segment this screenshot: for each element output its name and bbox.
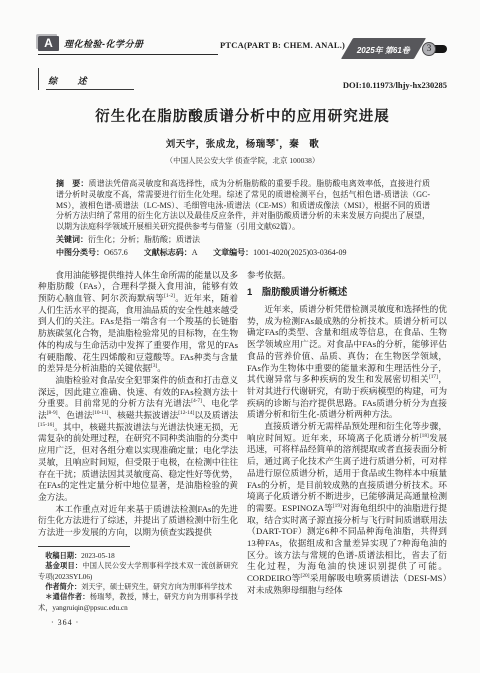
subheader-row: 综 述 DOI:10.11973/lhjy-hx230285: [38, 68, 447, 90]
journal-name-en: PTCA(PART B: CHEM. ANAL.): [220, 36, 345, 50]
body-paragraph: 食用油能够提供维持人体生命所需的能量以及多种脂肪酸（FAs），合理科学摄入食用油…: [38, 270, 238, 375]
abstract-text: 质谱法凭借高灵敏度和高选择性，成为分析脂肪酸的重要手段。脂肪酸电离效率低，直接进…: [56, 179, 430, 231]
body-paragraph: 直接质谱分析无需样品预处理和衍生化等步骤，响应时间短。近年来，环境离子化质谱分析…: [247, 421, 447, 597]
article-title: 衍生化在脂肪酸质谱分析中的应用研究进展: [38, 105, 447, 126]
footnote-divider: [38, 546, 130, 547]
footnote-label: ＊通信作者：: [45, 592, 90, 601]
footnote-text: 2023-05-18: [81, 552, 115, 560]
body-columns: 食用油能够提供维持人体生命所需的能量以及多种脂肪酸（FAs），合理科学摄入食用油…: [38, 270, 447, 614]
issue-volume-text: 2025年 第61卷: [357, 45, 410, 56]
journal-logo-letter: A: [44, 36, 53, 50]
body-paragraph: 油脂检验对食品安全犯罪案件的侦查和打击意义深远，因此建立准确、快速、有效的FAs…: [38, 375, 238, 504]
article-id-value: 1001-4020(2025)03-0364-09: [253, 248, 346, 257]
journal-logo: A: [38, 36, 59, 51]
clc-label: 中图分类号：: [56, 248, 104, 257]
doi-text: DOI:10.11973/lhjy-hx230285: [343, 80, 447, 90]
section-heading-1: 1 脂肪酸质谱分析概述: [247, 287, 447, 299]
footnote-block: 收稿日期：2023-05-18 基金项目：中国人民公安大学刑事科学技术双一流创新…: [38, 546, 238, 613]
footnote-funding: 基金项目：中国人民公安大学刑事科学技术双一流创新研究专项(2023SYL06): [38, 561, 238, 582]
issue-volume-band: 2025年 第61卷: [341, 38, 426, 59]
footnote-author-bio: 作者简介：刘天宇，硕士研究生，研究方向为刑事科学技术: [38, 582, 238, 592]
footnote-label: 作者简介：: [45, 582, 81, 591]
doc-code-label: 文献标志码：: [144, 248, 192, 257]
keywords-label: 关键词：: [56, 235, 88, 244]
clc-value: O657.6: [104, 248, 128, 257]
right-column: 参考依据。 1 脂肪酸质谱分析概述 近年来，质谱分析凭借检测灵敏度和选择性的优势…: [247, 270, 447, 614]
journal-name-cn: 理化检验-化学分册: [64, 37, 144, 50]
article-meta-line: 中图分类号：O657.6 文献标志码：A 文章编号：1001-4020(2025…: [56, 248, 430, 259]
column-label-wrap: 综 述: [38, 68, 134, 90]
doc-code-value: A: [192, 248, 197, 257]
keywords-text: 衍生化；分析；脂肪酸；质谱法: [88, 235, 200, 244]
footnote-label: 收稿日期：: [45, 551, 81, 560]
abstract-paragraph: 摘 要：质谱法凭借高灵敏度和高选择性，成为分析脂肪酸的重要手段。脂肪酸电离效率低…: [56, 179, 430, 233]
page-number: · 364 ·: [38, 618, 447, 627]
footnote-text: 刘天宇，硕士研究生，研究方向为刑事科学技术: [81, 583, 232, 591]
body-paragraph-continuation: 参考依据。: [247, 270, 447, 282]
abstract-block: 摘 要：质谱法凭借高灵敏度和高选择性，成为分析脂肪酸的重要手段。脂肪酸电离效率低…: [56, 179, 430, 259]
journal-brand: A 理化检验-化学分册: [38, 36, 218, 55]
issue-badge: 2025年 第61卷 3: [347, 38, 447, 59]
author-affiliation: （中国人民公安大学 侦查学院，北京 100038）: [38, 155, 447, 166]
author-list: 刘天宇，张成龙，杨瑞琴*，秦 歌: [38, 136, 447, 150]
footnote-corresponding-author: ＊通信作者：杨瑞琴，教授，博士，研究方向为刑事科学技术，yangruiqin@p…: [38, 592, 238, 613]
body-paragraph: 近年来，质谱分析凭借检测灵敏度和选择性的优势，成为检测FAs最成熟的分析技术。质…: [247, 304, 447, 421]
issue-number-circle: 3: [422, 42, 436, 56]
body-paragraph: 本工作重点对近年来基于质谱法检测FAs的先进衍生化方法进行了综述，并提出了质谱检…: [38, 504, 238, 539]
journal-header: A 理化检验-化学分册 PTCA(PART B: CHEM. ANAL.) 20…: [38, 36, 447, 59]
article-id-label: 文章编号：: [213, 248, 253, 257]
abstract-label: 摘 要：: [56, 179, 89, 188]
footnote-label: 基金项目：: [45, 561, 82, 570]
keywords-line: 关键词：衍生化；分析；脂肪酸；质谱法: [56, 235, 430, 246]
left-column: 食用油能够提供维持人体生命所需的能量以及多种脂肪酸（FAs），合理科学摄入食用油…: [38, 270, 238, 614]
footnote-received-date: 收稿日期：2023-05-18: [38, 551, 238, 561]
journal-page: A 理化检验-化学分册 PTCA(PART B: CHEM. ANAL.) 20…: [0, 0, 480, 673]
article-category-label: 综 述: [46, 74, 134, 90]
